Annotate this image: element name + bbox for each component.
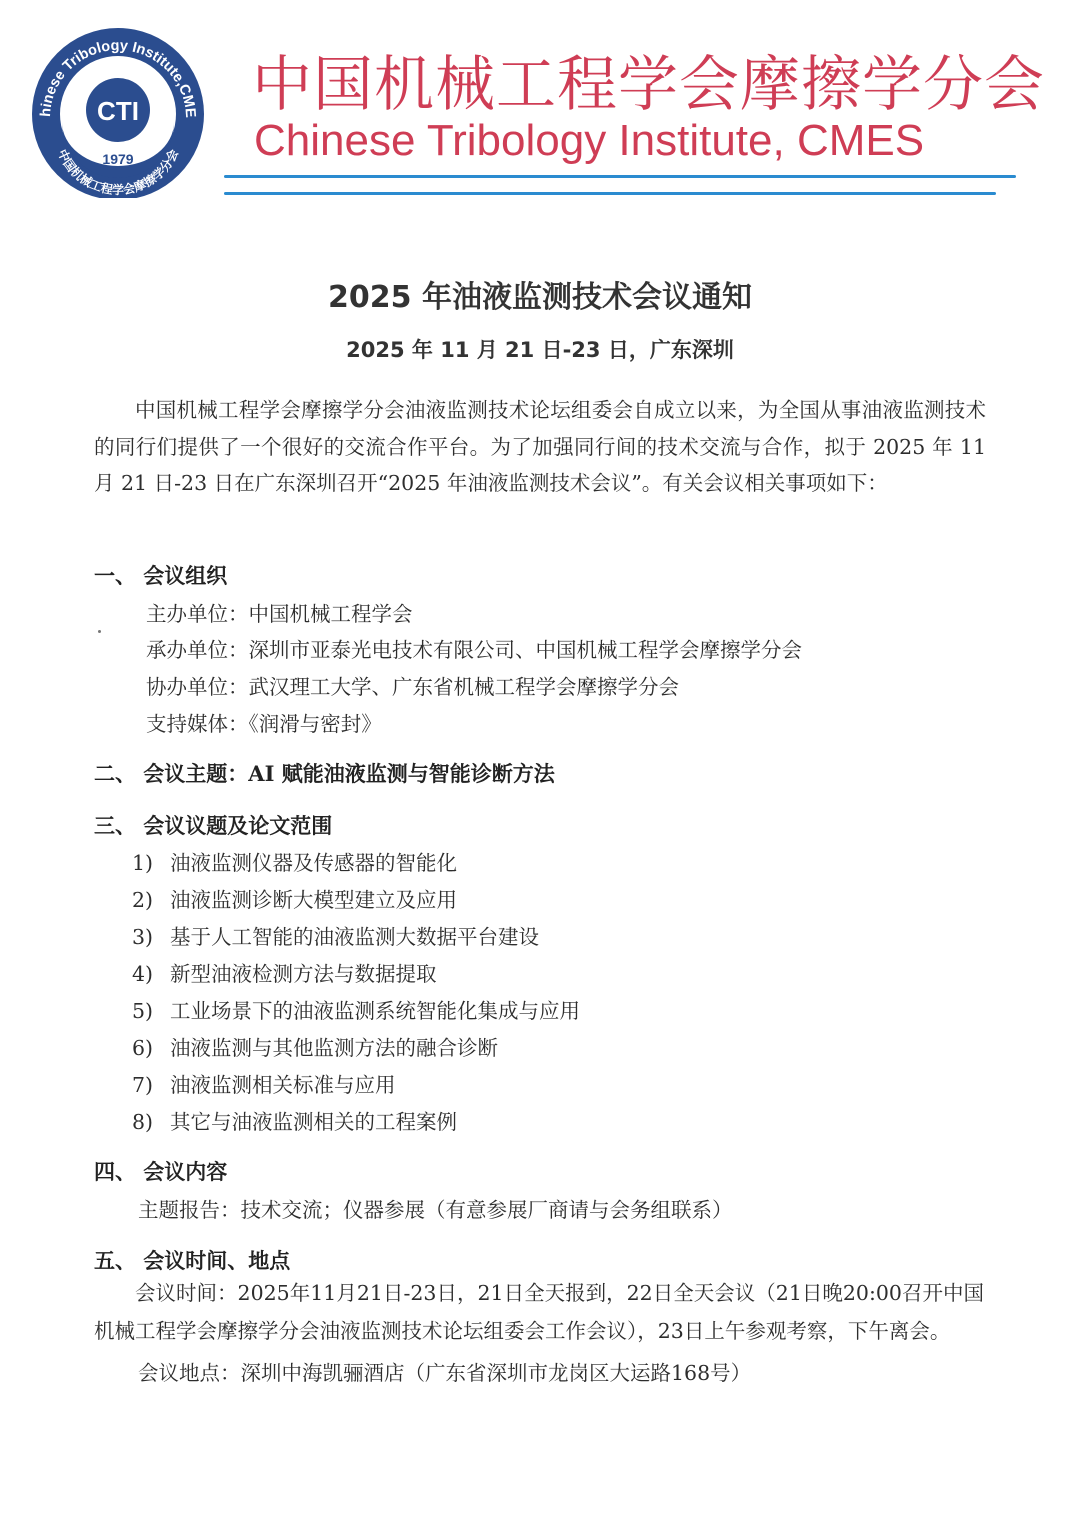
host-line: 承办单位：深圳市亚泰光电技术有限公司、中国机械工程学会摩擦学分会 bbox=[146, 633, 802, 663]
header-rule-bottom bbox=[224, 192, 996, 195]
section-heading-organization: 一、 会议组织 bbox=[94, 560, 227, 590]
org-name-en: Chinese Tribology Institute, CMES bbox=[254, 116, 924, 166]
topic-item: 7)油液监测相关标准与应用 bbox=[132, 1068, 396, 1098]
section-heading-content: 四、 会议内容 bbox=[94, 1156, 227, 1186]
logo-year: 1979 bbox=[102, 151, 133, 167]
media-line: 支持媒体：《润滑与密封》 bbox=[146, 707, 382, 737]
document-title: 2025 年油液监测技术会议通知 bbox=[0, 272, 1080, 316]
co-organizer-line: 协办单位：武汉理工大学、广东省机械工程学会摩擦学分会 bbox=[146, 670, 679, 700]
intro-paragraph: 中国机械工程学会摩擦学分会油液监测技术论坛组委会自成立以来，为全国从事油液监测技… bbox=[94, 392, 986, 502]
content-line: 主题报告：技术交流；仪器参展（有意参展厂商请与会务组联系） bbox=[138, 1193, 733, 1223]
cti-logo: CTI 1979 Chinese Tribology Institute,CME… bbox=[28, 26, 208, 198]
document-subtitle: 2025 年 11 月 21 日-23 日，广东深圳 bbox=[0, 334, 1080, 364]
logo-center-text: CTI bbox=[97, 96, 139, 126]
topic-item: 3)基于人工智能的油液监测大数据平台建设 bbox=[132, 920, 539, 950]
section-heading-topics: 三、 会议议题及论文范围 bbox=[94, 810, 332, 840]
section-heading-theme: 二、 会议主题：AI 赋能油液监测与智能诊断方法 bbox=[94, 758, 555, 788]
scan-dot bbox=[98, 630, 101, 633]
section-heading-time-place: 五、 会议时间、地点 bbox=[94, 1245, 290, 1275]
topic-item: 1)油液监测仪器及传感器的智能化 bbox=[132, 846, 457, 876]
topic-item: 6)油液监测与其他监测方法的融合诊断 bbox=[132, 1031, 498, 1061]
topic-item: 4)新型油液检测方法与数据提取 bbox=[132, 957, 437, 987]
header-rule-top bbox=[224, 175, 1016, 178]
meeting-time: 会议时间：2025年11月21日-23日，21日全天报到，22日全天会议（21日… bbox=[94, 1274, 984, 1350]
organizer-line: 主办单位：中国机械工程学会 bbox=[146, 597, 413, 627]
topic-item: 2)油液监测诊断大模型建立及应用 bbox=[132, 883, 457, 913]
topic-item: 8)其它与油液监测相关的工程案例 bbox=[132, 1105, 457, 1135]
topic-item: 5)工业场景下的油液监测系统智能化集成与应用 bbox=[132, 994, 580, 1024]
org-name-cn: 中国机械工程学会摩擦学分会 bbox=[252, 52, 1045, 118]
meeting-venue: 会议地点：深圳中海凯骊酒店（广东省深圳市龙岗区大运路168号） bbox=[138, 1356, 751, 1386]
